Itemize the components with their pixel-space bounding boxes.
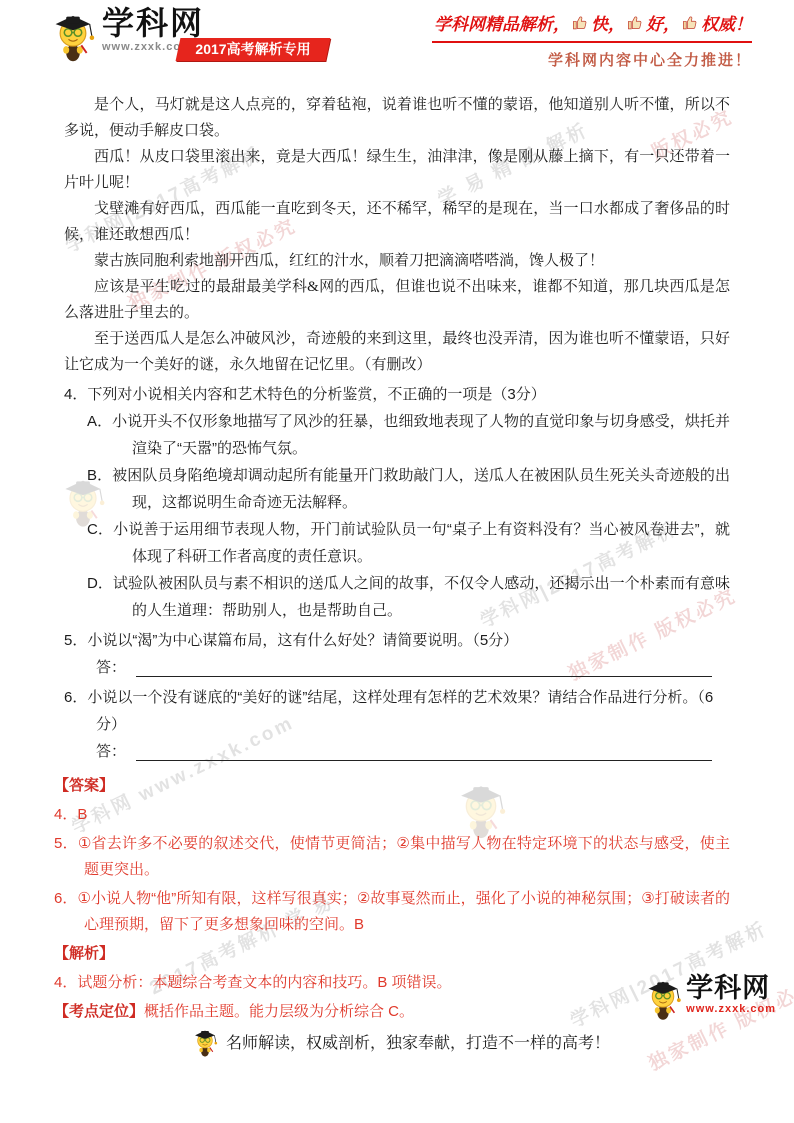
- question-4-option-a: A．小说开头不仅形象地描写了风沙的狂暴，也细致地表现了人物的直觉印象与切身感受，…: [64, 408, 730, 462]
- question-4-option-d: D．试验队被困队员与素不相识的送瓜人之间的故事，不仅令人感动，还揭示出一个朴素而…: [64, 570, 730, 624]
- passage-paragraph: 至于送西瓜人是怎么冲破风沙，奇迹般的来到这里，最终也没弄清，因为谁也听不懂蒙语，…: [64, 326, 730, 378]
- answer-label: 答：: [96, 654, 126, 681]
- question-4-option-c: C．小说善于运用细节表现人物，开门前试验队员一句“桌子上有资料没有？当心被风卷进…: [64, 516, 730, 570]
- footer-site-logo[interactable]: 学科网 www.zxxk.com: [644, 973, 776, 1021]
- header: 学科网 www.zxxk.com 2017高考解析专用 学科网精品解析， 快， …: [0, 0, 794, 78]
- passage-paragraph: 应该是平生吃过的最甜最美学科&网的西瓜，但谁也说不出味来，谁都不知道，那几块西瓜…: [64, 274, 730, 326]
- question-6: 6．小说以一个没有谜底的“美好的谜”结尾，这样处理有怎样的艺术效果？请结合作品进…: [64, 684, 730, 765]
- edition-banner-text: 2017高考解析专用: [178, 38, 328, 61]
- site-name: 学科网: [102, 6, 204, 40]
- answer-key-section: 【答案】 4．B 5．①省去许多不必要的叙述交代，使情节更简洁；②集中描写人物在…: [54, 773, 730, 1025]
- footer-slogan: 名师解读，权威剖析，独家奉献，打造不一样的高考！: [192, 1025, 610, 1057]
- document-body: 是个人，马灯就是这人点亮的，穿着毡袍，说着谁也听不懂的蒙语，他知道别人听不懂，所…: [0, 78, 794, 1025]
- answer-item-4: 4．B: [54, 802, 730, 828]
- thumbs-up-icon: [627, 14, 644, 31]
- slogan-item: 好，: [646, 10, 680, 35]
- question-6-stem: 6．小说以一个没有谜底的“美好的谜”结尾，这样处理有怎样的艺术效果？请结合作品进…: [64, 684, 730, 738]
- slogan-item: 快，: [591, 10, 625, 35]
- question-5-answer-row: 答：: [64, 654, 730, 681]
- thumbs-up-icon: [682, 14, 699, 31]
- passage-paragraph: 戈壁滩有好西瓜，西瓜能一直吃到冬天，还不稀罕，稀罕的是现在，当一口水都成了奢侈品…: [64, 196, 730, 248]
- answer-key-header: 【答案】: [54, 773, 730, 799]
- mascot-icon: [644, 973, 682, 1021]
- question-5-stem: 5．小说以“渴”为中心谋篇布局，这有什么好处？请简要说明。（5分）: [64, 627, 730, 654]
- question-4-stem: 4．下列对小说相关内容和艺术特色的分析鉴赏，不正确的一项是（3分）: [64, 381, 730, 408]
- site-name: 学科网: [686, 973, 776, 1003]
- site-url: www.zxxk.com: [686, 1003, 776, 1015]
- exam-point-label: 【考点定位】: [54, 1003, 144, 1020]
- answer-blank-line[interactable]: [136, 676, 712, 677]
- question-5: 5．小说以“渴”为中心谋篇布局，这有什么好处？请简要说明。（5分） 答：: [64, 627, 730, 681]
- header-slogan: 学科网精品解析， 快， 好， 权威！ 学科网内容中心全力推进！: [432, 10, 752, 70]
- passage-paragraph: 西瓜！从皮口袋里滚出来，竟是大西瓜！绿生生，油津津，像是刚从藤上摘下，有一只还带…: [64, 144, 730, 196]
- answer-label: 答：: [96, 738, 126, 765]
- mascot-icon: [192, 1025, 218, 1057]
- slogan-sub: 学科网内容中心全力推进！: [432, 49, 752, 70]
- answer-blank-line[interactable]: [136, 760, 712, 761]
- slogan-prefix: 学科网精品解析，: [434, 10, 570, 35]
- question-4-option-b: B．被困队员身陷绝境却调动起所有能量开门救助敲门人，送瓜人在被困队员生死关头奇迹…: [64, 462, 730, 516]
- passage-paragraph: 是个人，马灯就是这人点亮的，穿着毡袍，说着谁也听不懂的蒙语，他知道别人听不懂，所…: [64, 92, 730, 144]
- analysis-item-4: 4．试题分析：本题综合考查文本的内容和技巧。B 项错误。: [54, 970, 730, 996]
- answer-item-5: 5．①省去许多不必要的叙述交代，使情节更简洁；②集中描写人物在特定环境下的状态与…: [54, 831, 730, 883]
- slogan-main: 学科网精品解析， 快， 好， 权威！: [432, 10, 752, 43]
- passage-paragraph: 蒙古族同胞利索地剖开西瓜，红红的汁水，顺着刀把滴滴嗒嗒淌，馋人极了！: [64, 248, 730, 274]
- question-4: 4．下列对小说相关内容和艺术特色的分析鉴赏，不正确的一项是（3分） A．小说开头…: [64, 381, 730, 624]
- analysis-header: 【解析】: [54, 941, 730, 967]
- exam-point-line: 【考点定位】概括作品主题。能力层级为分析综合 C。: [54, 999, 730, 1025]
- exam-point-text: 概括作品主题。能力层级为分析综合 C。: [144, 1003, 414, 1020]
- answer-item-6: 6．①小说人物“他”所知有限，这样写很真实；②故事戛然而止，强化了小说的神秘氛围…: [54, 886, 730, 938]
- thumbs-up-icon: [572, 14, 589, 31]
- slogan-item: 权威！: [701, 10, 752, 35]
- footer-slogan-text: 名师解读，权威剖析，独家奉献，打造不一样的高考！: [226, 1030, 610, 1053]
- edition-banner: 2017高考解析专用: [176, 38, 331, 61]
- question-6-answer-row: 答：: [64, 738, 730, 765]
- mascot-icon: [50, 6, 96, 62]
- document-page: 学科网|2017高考解析 独家制作 版权必究 学 易 精 品 解析 版权必究 学…: [0, 0, 794, 1123]
